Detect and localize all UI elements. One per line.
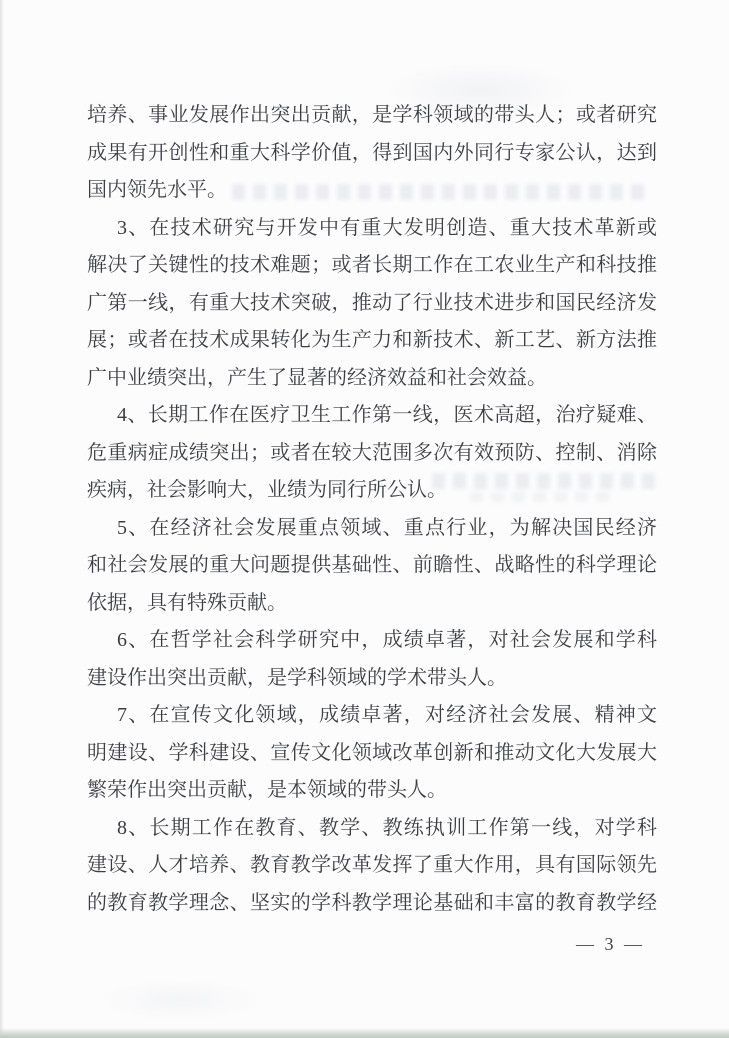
- text-line: 危重病症成绩突出；或者在较大范围多次有效预防、控制、消除: [87, 435, 657, 473]
- item-4: 4、长期工作在医疗卫生工作第一线，医术高超，治疗疑难、危重病症成绩突出；或者在较…: [87, 397, 657, 510]
- text-line: 广第一线，有重大技术突破，推动了行业技术进步和国民经济发: [87, 285, 657, 323]
- text-line: 解决了关键性的技术难题；或者长期工作在工农业生产和科技推: [87, 247, 657, 285]
- text-line: 6、在哲学社会科学研究中，成绩卓著，对社会发展和学科: [87, 622, 657, 660]
- item-8: 8、长期工作在教育、教学、教练执训工作第一线，对学科建设、人才培养、教育教学改革…: [87, 810, 657, 923]
- scan-left-edge: [0, 0, 4, 1038]
- text-line: 明建设、学科建设、宣传文化领域改革创新和推动文化大发展大: [87, 735, 657, 773]
- item-3: 3、在技术研究与开发中有重大发明创造、重大技术革新或解决了关键性的技术难题；或者…: [87, 210, 657, 398]
- item-6: 6、在哲学社会科学研究中，成绩卓著，对社会发展和学科建设作出突出贡献，是学科领域…: [87, 622, 657, 697]
- text-line: 成果有开创性和重大科学价值，得到国内外同行专家公认，达到: [87, 135, 657, 173]
- page-number: — 3 —: [576, 934, 645, 955]
- text-line: 建设、人才培养、教育教学改革发挥了重大作用，具有国际领先: [87, 847, 657, 885]
- text-line: 广中业绩突出，产生了显著的经济效益和社会效益。: [87, 360, 657, 398]
- paragraph-continuation: 培养、事业发展作出突出贡献，是学科领域的带头人；或者研究成果有开创性和重大科学价…: [87, 97, 657, 210]
- scanned-document-page: 培养、事业发展作出突出贡献，是学科领域的带头人；或者研究成果有开创性和重大科学价…: [0, 0, 729, 1038]
- text-line: 和社会发展的重大问题提供基础性、前瞻性、战略性的科学理论: [87, 547, 657, 585]
- text-line: 依据，具有特殊贡献。: [87, 585, 657, 623]
- text-line: 疾病，社会影响大，业绩为同行所公认。: [87, 472, 657, 510]
- text-line: 培养、事业发展作出突出贡献，是学科领域的带头人；或者研究: [87, 97, 657, 135]
- text-line: 4、长期工作在医疗卫生工作第一线，医术高超，治疗疑难、: [87, 397, 657, 435]
- text-line: 7、在宣传文化领域，成绩卓著，对经济社会发展、精神文: [87, 697, 657, 735]
- text-line: 建设作出突出贡献，是学科领域的学术带头人。: [87, 660, 657, 698]
- text-block: 培养、事业发展作出突出贡献，是学科领域的带头人；或者研究成果有开创性和重大科学价…: [87, 97, 657, 922]
- text-line: 繁荣作出突出贡献，是本领域的带头人。: [87, 772, 657, 810]
- scan-bottom-edge: [0, 1028, 729, 1038]
- text-line: 8、长期工作在教育、教学、教练执训工作第一线，对学科: [87, 810, 657, 848]
- text-line: 展；或者在技术成果转化为生产力和新技术、新工艺、新方法推: [87, 322, 657, 360]
- item-7: 7、在宣传文化领域，成绩卓著，对经济社会发展、精神文明建设、学科建设、宣传文化领…: [87, 697, 657, 810]
- text-line: 国内领先水平。: [87, 172, 657, 210]
- text-line: 的教育教学理念、坚实的学科教学理论基础和丰富的教育教学经: [87, 885, 657, 923]
- item-5: 5、在经济社会发展重点领域、重点行业，为解决国民经济和社会发展的重大问题提供基础…: [87, 510, 657, 623]
- text-line: 3、在技术研究与开发中有重大发明创造、重大技术革新或: [87, 210, 657, 248]
- text-line: 5、在经济社会发展重点领域、重点行业，为解决国民经济: [87, 510, 657, 548]
